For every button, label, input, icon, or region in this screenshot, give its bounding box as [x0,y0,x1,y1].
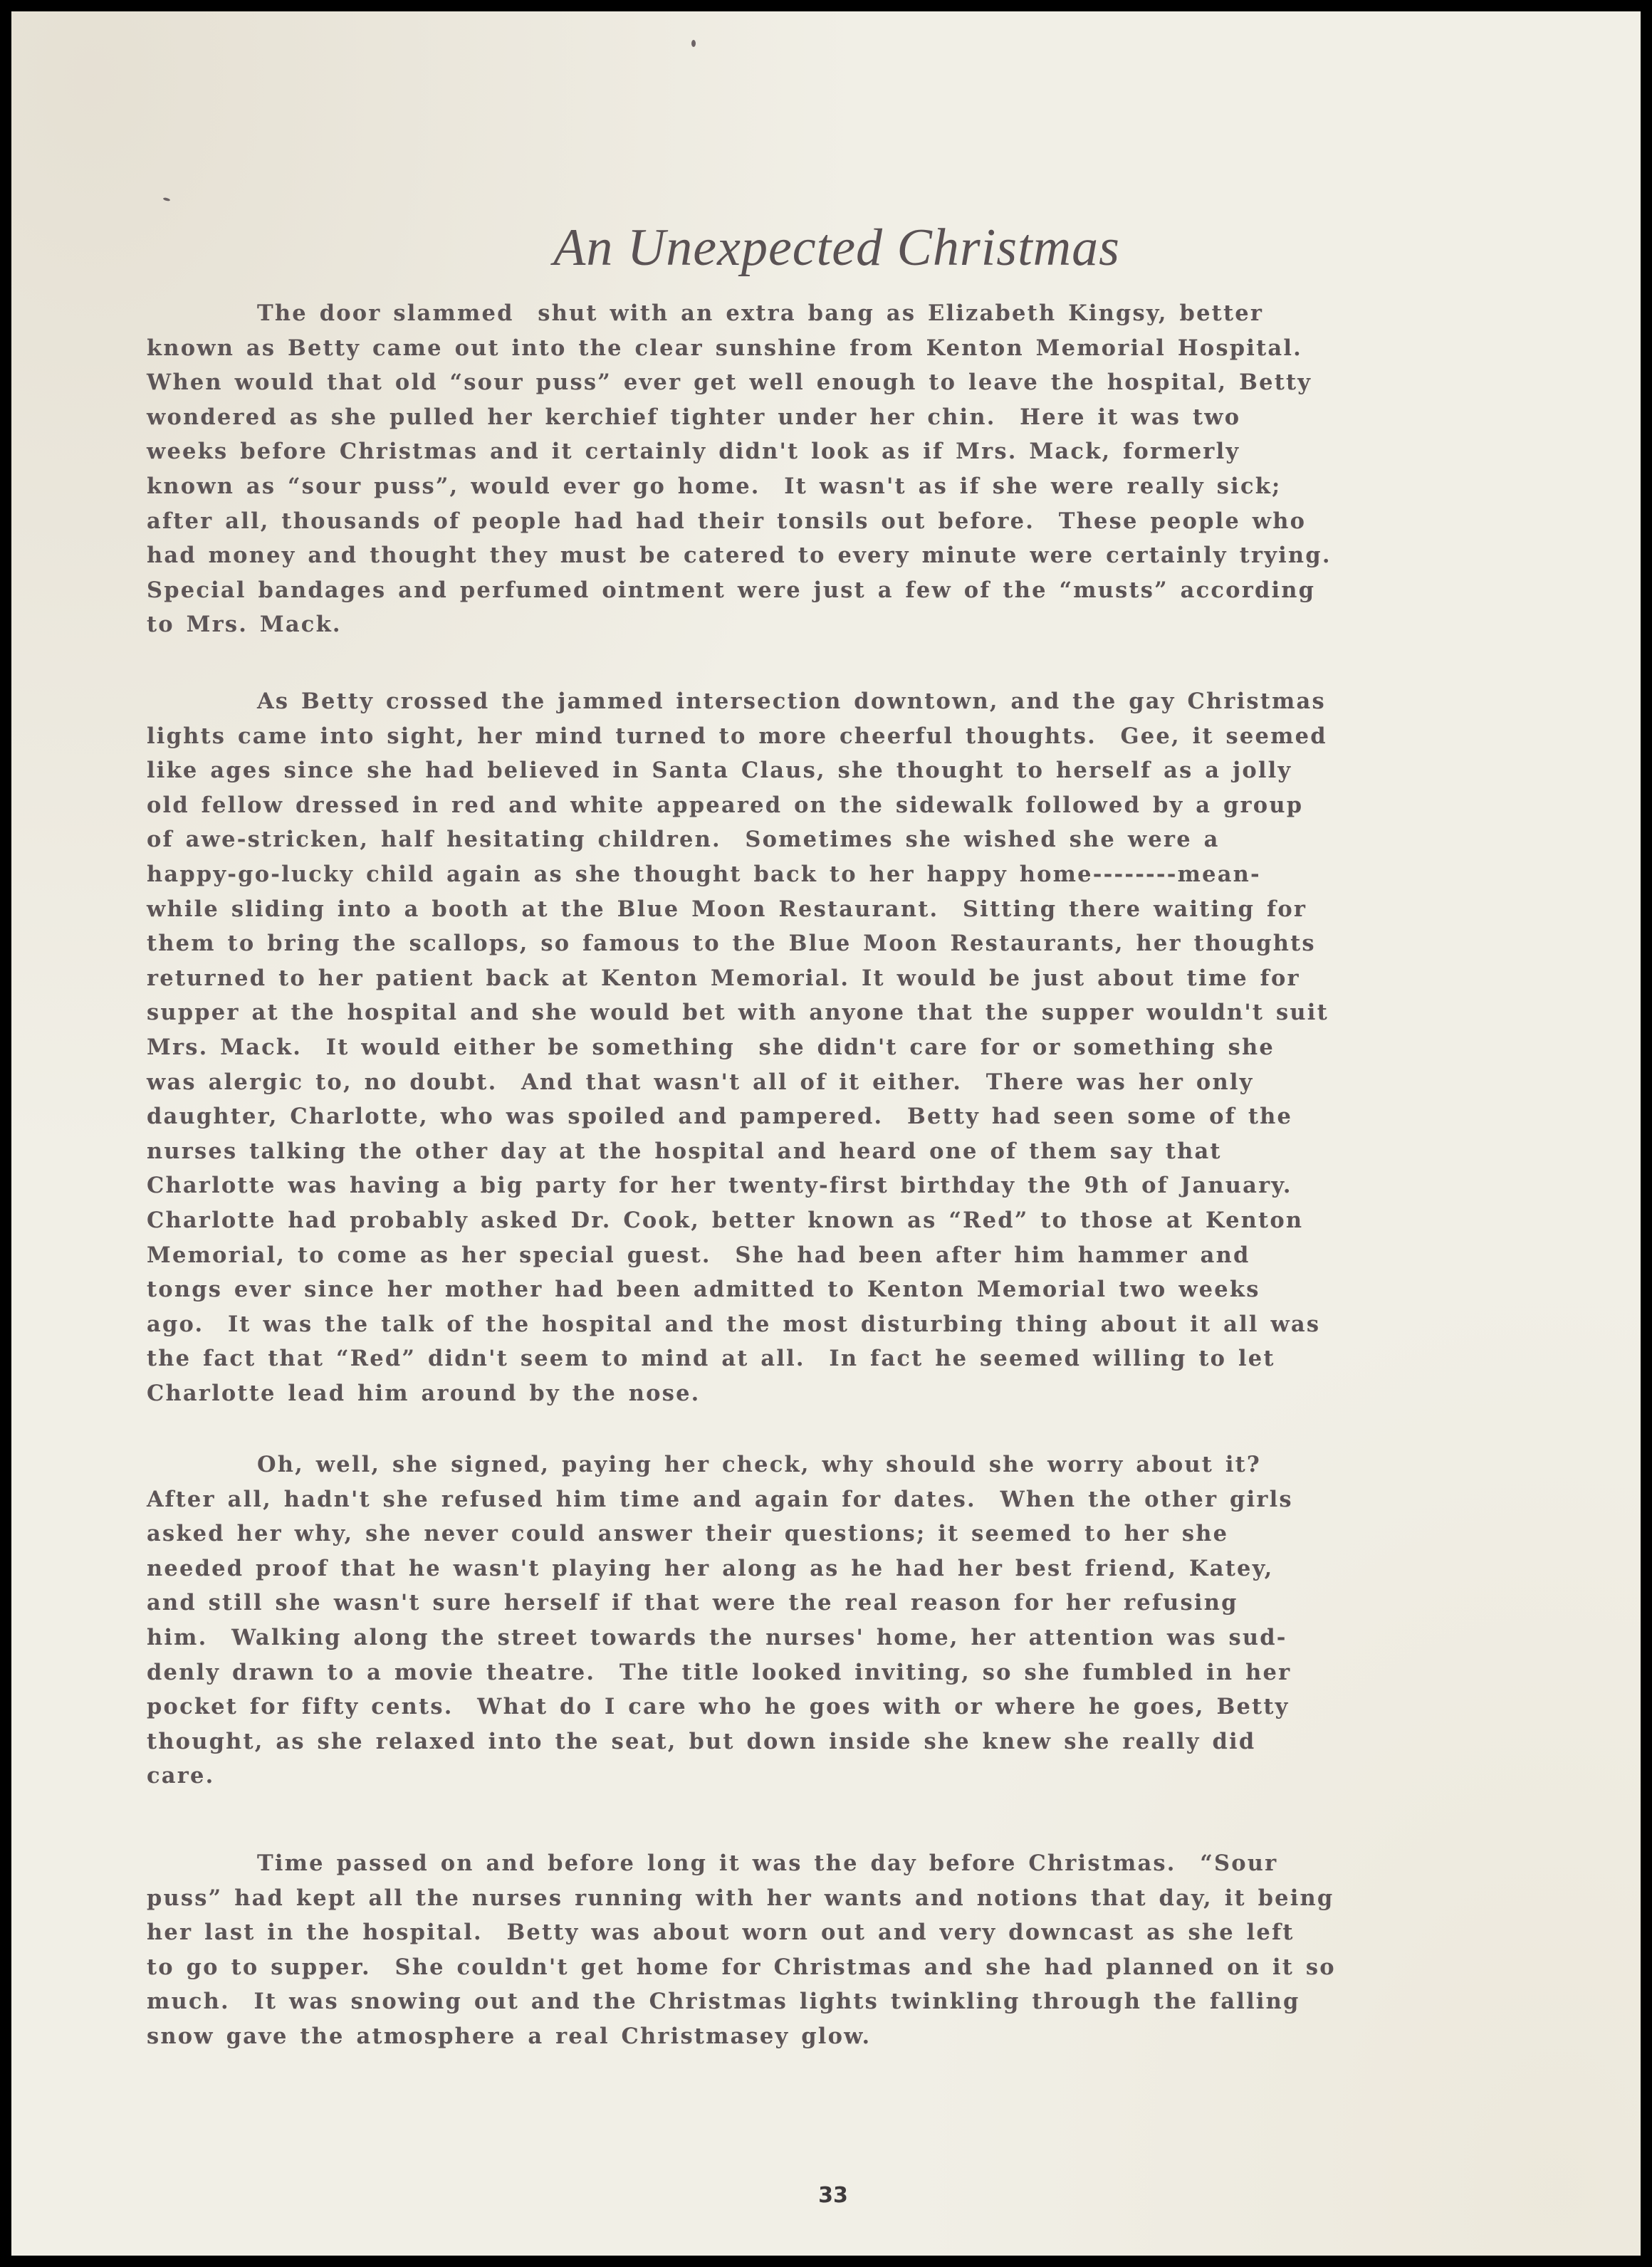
text-line: of awe-stricken, half hesitating childre… [147,822,1329,857]
text-line: her last in the hospital. Betty was abou… [147,1915,1336,1950]
text-line: to Mrs. Mack. [147,607,1332,642]
text-line: Time passed on and before long it was th… [147,1846,1336,1881]
text-line: snow gave the atmosphere a real Christma… [147,2019,1336,2054]
text-line: supper at the hospital and she would bet… [147,995,1329,1030]
text-line: had money and thought they must be cater… [147,538,1332,573]
paragraph: Time passed on and before long it was th… [147,1846,1336,2054]
text-line: much. It was snowing out and the Christm… [147,1984,1336,2019]
text-line: Memorial, to come as her special guest. … [147,1238,1329,1273]
paragraph: Oh, well, she signed, paying her check, … [147,1447,1293,1794]
text-line: happy-go-lucky child again as she though… [147,857,1329,892]
text-line: puss” had kept all the nurses running wi… [147,1881,1336,1916]
text-line: After all, hadn't she refused him time a… [147,1482,1293,1517]
text-line: Mrs. Mack. It would either be something … [147,1030,1329,1065]
story-title: An Unexpected Christmas [11,218,1641,278]
text-line: denly drawn to a movie theatre. The titl… [147,1655,1293,1690]
text-line: wondered as she pulled her kerchief tigh… [147,400,1332,435]
text-line: him. Walking along the street towards th… [147,1621,1293,1655]
ink-speck [163,197,171,201]
text-line: Charlotte had probably asked Dr. Cook, b… [147,1203,1329,1238]
text-line: known as “sour puss”, would ever go home… [147,469,1332,504]
scanned-page: An Unexpected Christmas The door slammed… [11,11,1641,2256]
text-line: needed proof that he wasn't playing her … [147,1551,1293,1586]
text-line: Oh, well, she signed, paying her check, … [147,1447,1293,1482]
text-line: daughter, Charlotte, who was spoiled and… [147,1099,1329,1134]
text-line: known as Betty came out into the clear s… [147,331,1332,366]
paragraph: The door slammed shut with an extra bang… [147,296,1332,642]
text-line: them to bring the scallops, so famous to… [147,926,1329,961]
text-line: tongs ever since her mother had been adm… [147,1272,1329,1307]
text-line: ago. It was the talk of the hospital and… [147,1307,1329,1342]
text-line: the fact that “Red” didn't seem to mind … [147,1341,1329,1376]
ink-speck [691,40,696,47]
text-line: returned to her patient back at Kenton M… [147,961,1329,996]
text-line: nurses talking the other day at the hosp… [147,1134,1329,1169]
text-line: Special bandages and perfumed ointment w… [147,573,1332,608]
text-line: asked her why, she never could answer th… [147,1517,1293,1551]
text-line: thought, as she relaxed into the seat, b… [147,1724,1293,1759]
text-line: old fellow dressed in red and white appe… [147,788,1329,823]
text-line: Charlotte lead him around by the nose. [147,1376,1329,1411]
text-line: pocket for fifty cents. What do I care w… [147,1690,1293,1724]
text-line: and still she wasn't sure herself if tha… [147,1586,1293,1621]
text-line: after all, thousands of people had had t… [147,504,1332,539]
paragraph: As Betty crossed the jammed intersection… [147,684,1329,1410]
text-line: weeks before Christmas and it certainly … [147,434,1332,469]
text-line: As Betty crossed the jammed intersection… [147,684,1329,719]
page-number: 33 [11,2183,1641,2208]
text-line: was alergic to, no doubt. And that wasn'… [147,1065,1329,1100]
text-line: like ages since she had believed in Sant… [147,753,1329,788]
text-line: while sliding into a booth at the Blue M… [147,892,1329,927]
text-line: lights came into sight, her mind turned … [147,719,1329,754]
text-line: The door slammed shut with an extra bang… [147,296,1332,331]
text-line: care. [147,1759,1293,1794]
text-line: Charlotte was having a big party for her… [147,1168,1329,1203]
text-line: to go to supper. She couldn't get home f… [147,1950,1336,1985]
text-line: When would that old “sour puss” ever get… [147,365,1332,400]
